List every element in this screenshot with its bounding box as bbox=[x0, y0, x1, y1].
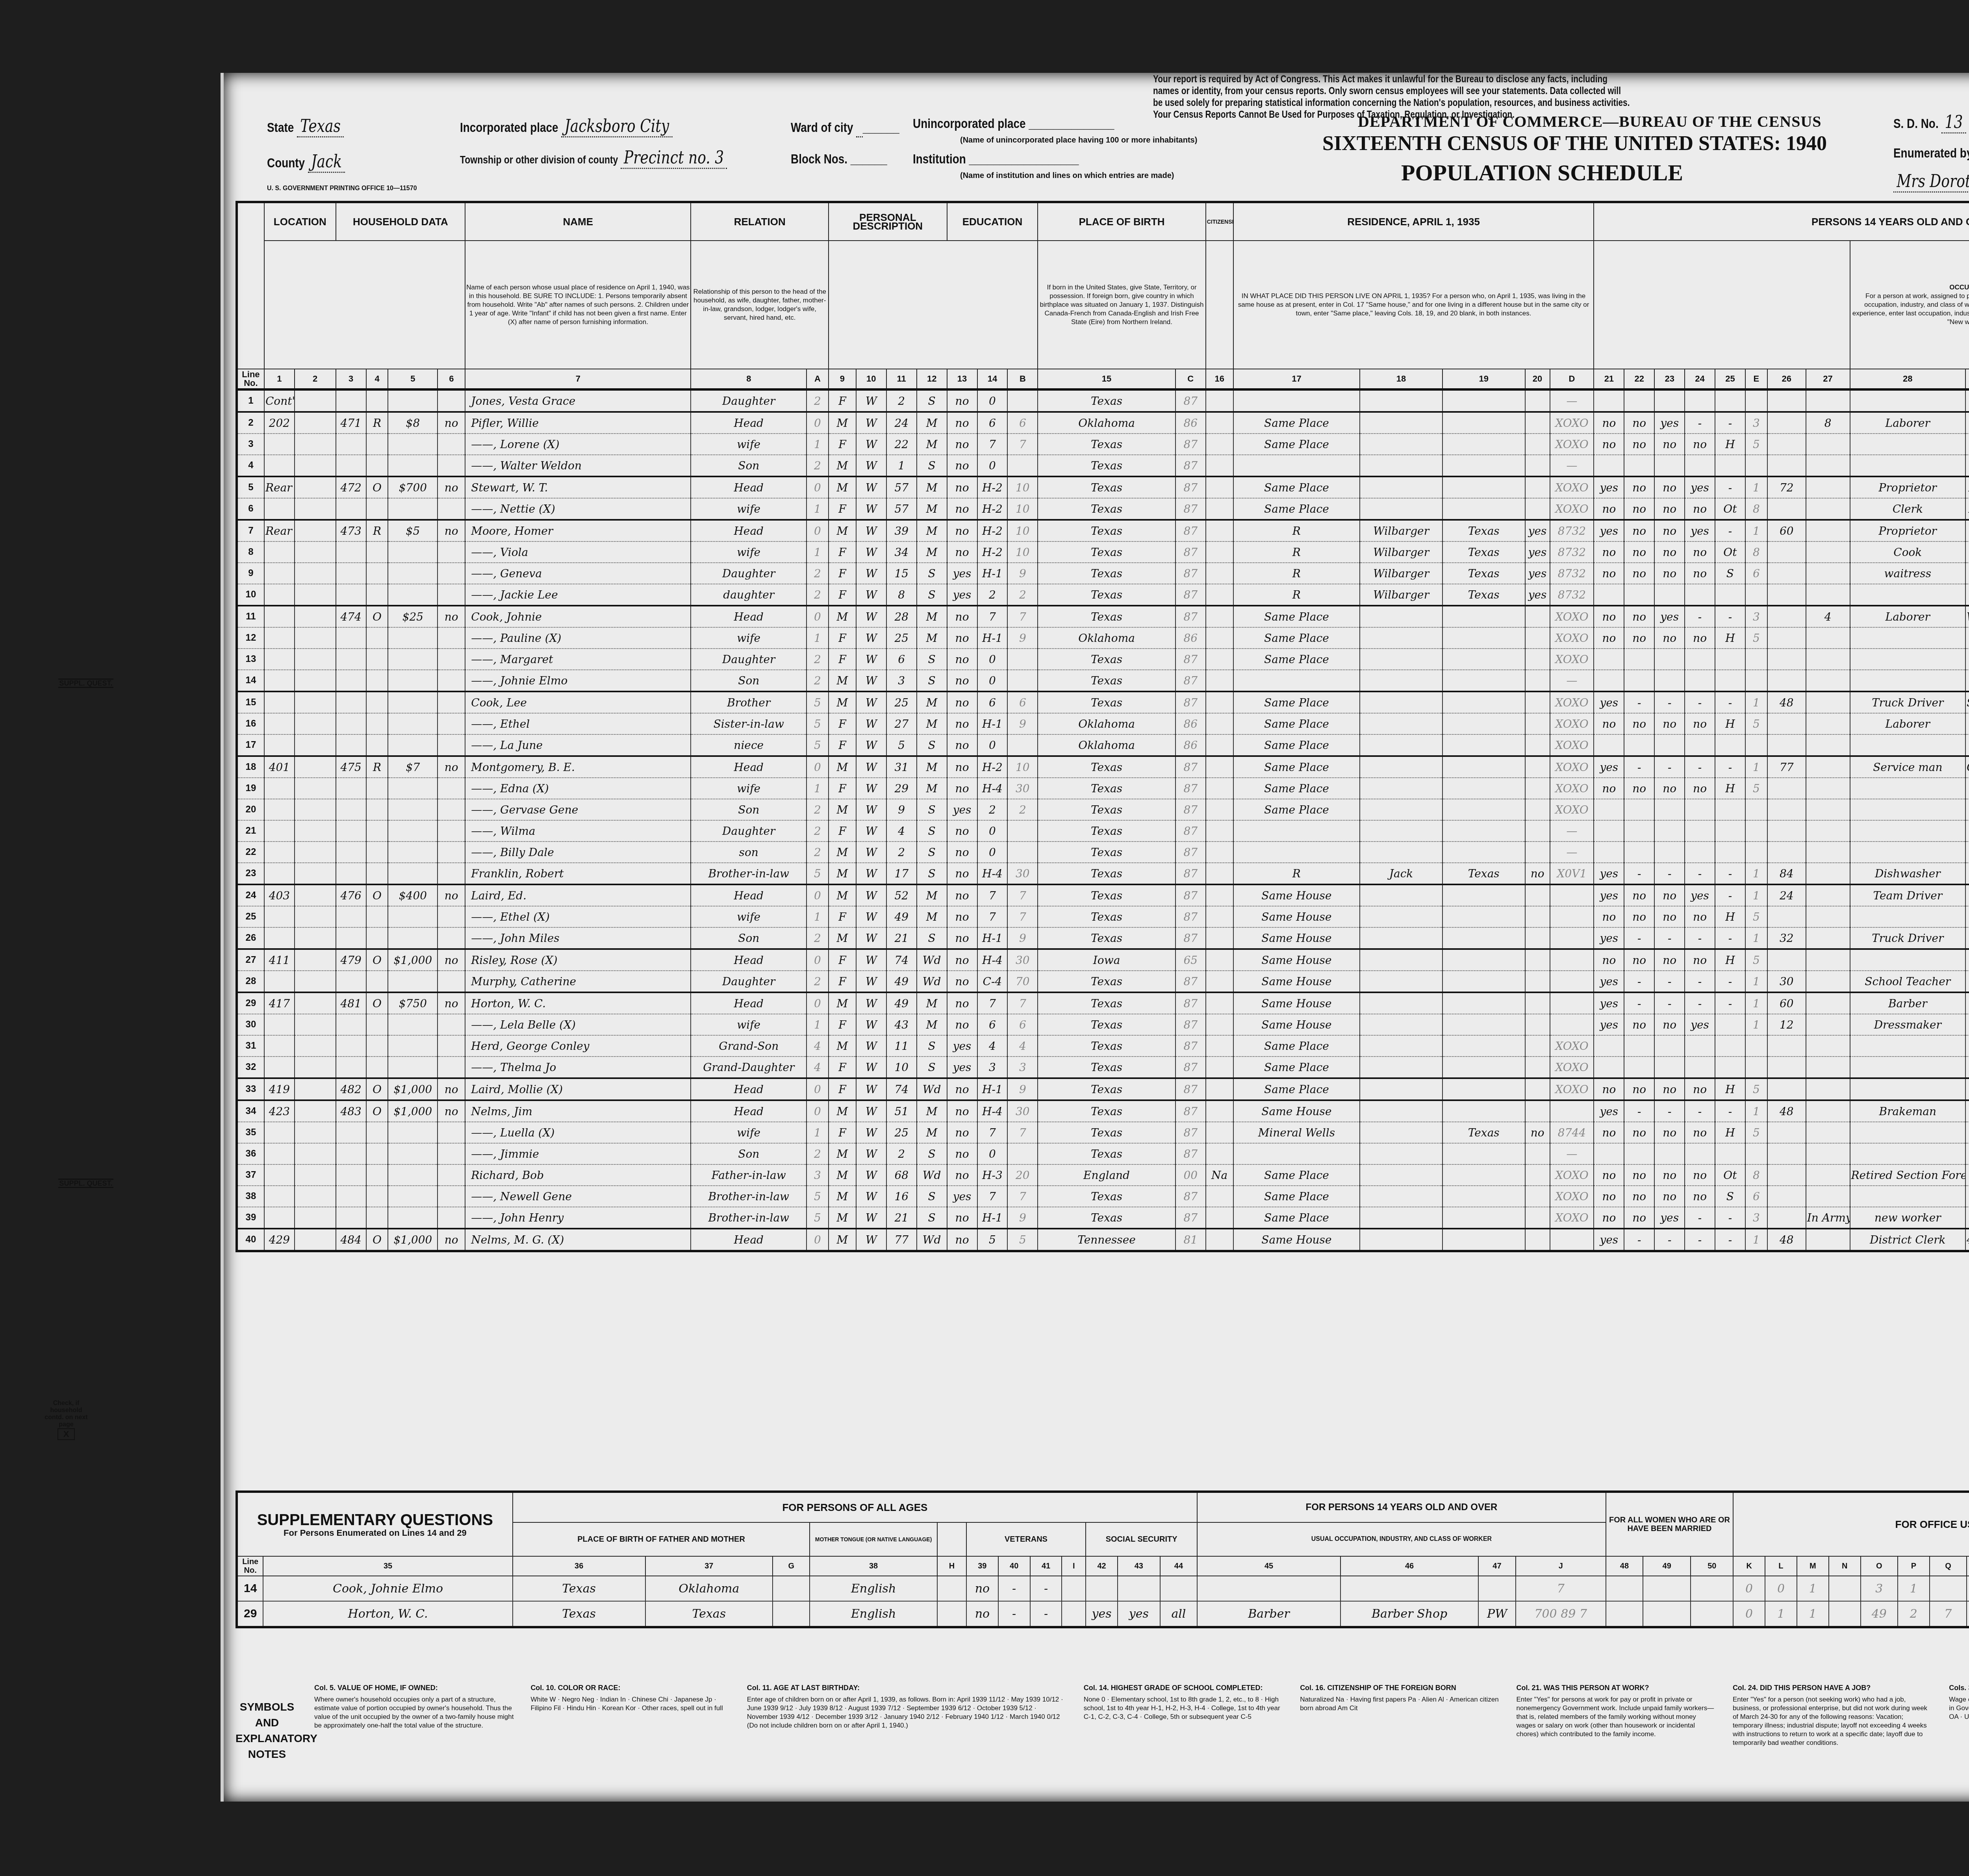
cell-res-state: Texas bbox=[1442, 520, 1525, 541]
cell-sex: M bbox=[829, 1143, 856, 1164]
cell-code-e bbox=[1745, 842, 1767, 863]
cell-sex: M bbox=[829, 884, 856, 906]
supp-cell-m: 1 bbox=[1797, 1576, 1829, 1601]
cell-w21: yes bbox=[1594, 520, 1624, 541]
cell-grade: 0 bbox=[977, 649, 1008, 670]
cell-w22: no bbox=[1624, 906, 1654, 927]
cell-code-d bbox=[1550, 884, 1594, 906]
cell-w22 bbox=[1624, 389, 1654, 412]
cell-age: 25 bbox=[886, 627, 917, 649]
cell-w24: no bbox=[1685, 627, 1715, 649]
cell-name: Herd, George Conley bbox=[465, 1035, 691, 1057]
supp-cell-n bbox=[1829, 1601, 1861, 1627]
supp-cell-q: 7 bbox=[1930, 1601, 1967, 1627]
cell-w24: no bbox=[1685, 498, 1715, 520]
cell-code-e: 6 bbox=[1745, 1186, 1767, 1207]
cell-tenure bbox=[366, 1143, 388, 1164]
cell-res-city: Same Place bbox=[1233, 1164, 1360, 1186]
cell-w25: - bbox=[1715, 1100, 1745, 1122]
table-row: 9——, GenevaDaughter2FW15SyesH-19Texas87R… bbox=[237, 563, 1969, 584]
cell-code-c: 87 bbox=[1175, 498, 1206, 520]
cell-w23: - bbox=[1654, 1100, 1685, 1122]
cell-w24: no bbox=[1685, 1078, 1715, 1100]
cell-res-farm: yes bbox=[1525, 584, 1550, 606]
cell-hours bbox=[1767, 606, 1806, 627]
cell-unemp bbox=[1806, 1164, 1850, 1186]
cell-marital: S bbox=[917, 455, 947, 476]
supp-cell-name: Horton, W. C. bbox=[263, 1601, 512, 1627]
table-row: 32——, Thelma JoGrand-Daughter4FW10Syes33… bbox=[237, 1057, 1969, 1078]
cell-res-state bbox=[1442, 820, 1525, 842]
cell-w25: S bbox=[1715, 563, 1745, 584]
cell-code-b: 7 bbox=[1007, 884, 1038, 906]
cell-occupation: Truck Driver bbox=[1850, 691, 1966, 713]
cell-value bbox=[388, 734, 438, 756]
cell-code-d: XOXO bbox=[1550, 476, 1594, 498]
cell-street bbox=[264, 820, 295, 842]
cell-code-e: 5 bbox=[1745, 627, 1767, 649]
cell-occupation: Laborer bbox=[1850, 713, 1966, 734]
cell-code-b: 9 bbox=[1007, 1207, 1038, 1229]
cell-school: no bbox=[947, 627, 977, 649]
cell-name: ——, Billy Dale bbox=[465, 842, 691, 863]
cell-hh bbox=[336, 584, 366, 606]
cell-industry: Cafe bbox=[1965, 863, 1969, 884]
cell-tenure bbox=[366, 799, 388, 820]
cell-industry bbox=[1965, 1057, 1969, 1078]
cell-w24: no bbox=[1685, 541, 1715, 563]
cell-tenure bbox=[366, 1207, 388, 1229]
cell-hours bbox=[1767, 949, 1806, 971]
cell-unemp bbox=[1806, 498, 1850, 520]
cell-industry: W.P.A. Construction work bbox=[1965, 606, 1969, 627]
cell-unemp bbox=[1806, 691, 1850, 713]
cell-sex: M bbox=[829, 1164, 856, 1186]
cell-line: 11 bbox=[237, 606, 264, 627]
cell-hours bbox=[1767, 1164, 1806, 1186]
cell-farm bbox=[438, 563, 465, 584]
cell-race: W bbox=[856, 520, 886, 541]
cell-industry: Cafe bbox=[1965, 563, 1969, 584]
cell-w24 bbox=[1685, 1143, 1715, 1164]
cell-occupation: Team Driver bbox=[1850, 884, 1966, 906]
cell-res-county bbox=[1360, 1035, 1442, 1057]
cell-code-e: 1 bbox=[1745, 1014, 1767, 1035]
cell-hh bbox=[336, 734, 366, 756]
cell-birthplace: Texas bbox=[1038, 1186, 1175, 1207]
cell-school: no bbox=[947, 992, 977, 1014]
cell-tenure: O bbox=[366, 1100, 388, 1122]
cell-code-d: XOXO bbox=[1550, 778, 1594, 799]
cell-w24: - bbox=[1685, 606, 1715, 627]
cell-line: 28 bbox=[237, 971, 264, 992]
cell-res-county bbox=[1360, 1100, 1442, 1122]
cell-industry bbox=[1965, 1035, 1969, 1057]
cell-hours bbox=[1767, 670, 1806, 691]
cell-code-b bbox=[1007, 734, 1038, 756]
name-instructions: Name of each person whose usual place of… bbox=[465, 241, 691, 369]
cell-tenure bbox=[366, 820, 388, 842]
cell-grade: H-3 bbox=[977, 1164, 1008, 1186]
cell-race: W bbox=[856, 734, 886, 756]
cell-school: no bbox=[947, 1078, 977, 1100]
cell-code-e: 5 bbox=[1745, 778, 1767, 799]
cell-code-a: 0 bbox=[807, 992, 829, 1014]
cell-hours bbox=[1767, 1078, 1806, 1100]
cell-code-a: 1 bbox=[807, 434, 829, 455]
cell-res-farm bbox=[1525, 1035, 1550, 1057]
supp-column-number: 49 bbox=[1643, 1556, 1691, 1576]
cell-value bbox=[388, 1207, 438, 1229]
cell-w24 bbox=[1685, 1035, 1715, 1057]
supp-cell-c42: yes bbox=[1086, 1601, 1118, 1627]
cell-res-state bbox=[1442, 389, 1525, 412]
cell-res-city: Mineral Wells bbox=[1233, 1122, 1360, 1143]
cell-street bbox=[264, 799, 295, 820]
cell-grade: 5 bbox=[977, 1229, 1008, 1251]
cell-res-county bbox=[1360, 412, 1442, 434]
supp-cell-r bbox=[1967, 1576, 1969, 1601]
cell-unemp bbox=[1806, 778, 1850, 799]
column-numbers-row: Line No.12345678A91011121314B15C16171819… bbox=[237, 369, 1969, 389]
cell-res-state bbox=[1442, 1100, 1525, 1122]
cell-marital: M bbox=[917, 1014, 947, 1035]
cell-farm bbox=[438, 649, 465, 670]
cell-w24: - bbox=[1685, 412, 1715, 434]
cell-birthplace: Texas bbox=[1038, 541, 1175, 563]
cell-unemp bbox=[1806, 1014, 1850, 1035]
cell-street bbox=[264, 1057, 295, 1078]
cell-code-c: 87 bbox=[1175, 520, 1206, 541]
cell-race: W bbox=[856, 1122, 886, 1143]
cell-unemp bbox=[1806, 563, 1850, 584]
cell-citizen bbox=[1206, 1186, 1233, 1207]
cell-birthplace: Texas bbox=[1038, 1122, 1175, 1143]
cell-marital: S bbox=[917, 734, 947, 756]
supp-cell-k: 0 bbox=[1733, 1601, 1765, 1627]
cell-code-d: XOXO bbox=[1550, 756, 1594, 778]
enumerated-date-field: Enumerated by me on april 23, 1940. bbox=[1893, 142, 1969, 162]
cell-street bbox=[264, 627, 295, 649]
cell-res-city bbox=[1233, 1143, 1360, 1164]
supp-cell-p: 1 bbox=[1898, 1576, 1930, 1601]
cell-grade: 7 bbox=[977, 992, 1008, 1014]
cell-tenure: R bbox=[366, 520, 388, 541]
cell-code-a: 2 bbox=[807, 927, 829, 949]
cell-grade: 2 bbox=[977, 584, 1008, 606]
cell-birthplace: Oklahoma bbox=[1038, 734, 1175, 756]
cell-code-d: — bbox=[1550, 670, 1594, 691]
column-number: 5 bbox=[388, 369, 438, 389]
cell-occupation: Clerk bbox=[1850, 498, 1966, 520]
cell-farm: no bbox=[438, 1100, 465, 1122]
cell-w21 bbox=[1594, 670, 1624, 691]
cell-occupation: School Teacher bbox=[1850, 971, 1966, 992]
cell-sex: F bbox=[829, 734, 856, 756]
cell-hours bbox=[1767, 1143, 1806, 1164]
cell-grade: 0 bbox=[977, 670, 1008, 691]
cell-birthplace: Texas bbox=[1038, 927, 1175, 949]
cell-w21: yes bbox=[1594, 691, 1624, 713]
cell-unemp bbox=[1806, 434, 1850, 455]
column-number: 13 bbox=[947, 369, 977, 389]
table-row: 8——, Violawife1FW34MnoH-210Texas87RWilba… bbox=[237, 541, 1969, 563]
cell-unemp bbox=[1806, 1035, 1850, 1057]
cell-birthplace: Texas bbox=[1038, 906, 1175, 927]
cell-line: 17 bbox=[237, 734, 264, 756]
cell-unemp bbox=[1806, 476, 1850, 498]
cell-grade: H-2 bbox=[977, 541, 1008, 563]
cell-relation: Son bbox=[691, 670, 807, 691]
cell-occupation bbox=[1850, 627, 1966, 649]
cell-w24 bbox=[1685, 455, 1715, 476]
cell-citizen bbox=[1206, 434, 1233, 455]
cell-house bbox=[295, 1100, 336, 1122]
cell-code-d bbox=[1550, 992, 1594, 1014]
cell-house bbox=[295, 455, 336, 476]
cell-w21: yes bbox=[1594, 992, 1624, 1014]
cell-code-d bbox=[1550, 971, 1594, 992]
cell-farm: no bbox=[438, 520, 465, 541]
cell-res-farm bbox=[1525, 670, 1550, 691]
column-number: 14 bbox=[977, 369, 1008, 389]
cell-w25: H bbox=[1715, 778, 1745, 799]
cell-w24: no bbox=[1685, 713, 1715, 734]
cell-industry bbox=[1965, 906, 1969, 927]
cell-age: 57 bbox=[886, 476, 917, 498]
cell-sex: M bbox=[829, 863, 856, 884]
cell-w21: no bbox=[1594, 906, 1624, 927]
supp-column-number: R bbox=[1967, 1556, 1969, 1576]
cell-street bbox=[264, 498, 295, 520]
cell-hh: 472 bbox=[336, 476, 366, 498]
cell-w21 bbox=[1594, 584, 1624, 606]
cell-line: 5 bbox=[237, 476, 264, 498]
cell-farm bbox=[438, 734, 465, 756]
cell-farm: no bbox=[438, 606, 465, 627]
cell-citizen bbox=[1206, 778, 1233, 799]
cell-res-farm bbox=[1525, 389, 1550, 412]
cell-name: ——, Edna (X) bbox=[465, 778, 691, 799]
cell-grade: H-2 bbox=[977, 498, 1008, 520]
cell-tenure bbox=[366, 670, 388, 691]
cell-w23 bbox=[1654, 455, 1685, 476]
cell-w23: no bbox=[1654, 1186, 1685, 1207]
cell-race: W bbox=[856, 799, 886, 820]
cell-value bbox=[388, 563, 438, 584]
cell-occupation: Dishwasher bbox=[1850, 863, 1966, 884]
cell-code-e: 1 bbox=[1745, 971, 1767, 992]
continued-checkbox[interactable]: X bbox=[57, 1428, 75, 1440]
cell-sex: M bbox=[829, 691, 856, 713]
cell-value bbox=[388, 799, 438, 820]
table-row: 30——, Lela Belle (X)wife1FW43Mno66Texas8… bbox=[237, 1014, 1969, 1035]
cell-farm bbox=[438, 1207, 465, 1229]
cell-code-a: 0 bbox=[807, 1078, 829, 1100]
cell-w25: H bbox=[1715, 949, 1745, 971]
column-number: 20 bbox=[1525, 369, 1550, 389]
cell-industry bbox=[1965, 734, 1969, 756]
cell-code-d bbox=[1550, 949, 1594, 971]
cell-res-state bbox=[1442, 1164, 1525, 1186]
cell-race: W bbox=[856, 584, 886, 606]
cell-code-d bbox=[1550, 906, 1594, 927]
relation-instructions: Relationship of this person to the head … bbox=[691, 241, 829, 369]
cell-industry bbox=[1965, 1143, 1969, 1164]
cell-res-county bbox=[1360, 992, 1442, 1014]
cell-age: 17 bbox=[886, 863, 917, 884]
cell-marital: M bbox=[917, 691, 947, 713]
cell-w21 bbox=[1594, 649, 1624, 670]
cell-code-a: 1 bbox=[807, 906, 829, 927]
cell-sex: F bbox=[829, 498, 856, 520]
cell-w22: no bbox=[1624, 520, 1654, 541]
notes-title: SYMBOLS AND EXPLANATORY NOTES bbox=[235, 1683, 299, 1786]
cell-age: 31 bbox=[886, 756, 917, 778]
cell-marital: S bbox=[917, 863, 947, 884]
cell-relation: Brother-in-law bbox=[691, 1186, 807, 1207]
cell-street: 429 bbox=[264, 1229, 295, 1251]
cell-school: no bbox=[947, 906, 977, 927]
supp-cell-name: Cook, Johnie Elmo bbox=[263, 1576, 512, 1601]
cell-code-b: 9 bbox=[1007, 713, 1038, 734]
cell-res-farm bbox=[1525, 949, 1550, 971]
cell-code-e: 5 bbox=[1745, 434, 1767, 455]
census-title: SIXTEENTH CENSUS OF THE UNITED STATES: 1… bbox=[1322, 132, 1827, 155]
cell-code-d: XOXO bbox=[1550, 627, 1594, 649]
cell-w21: yes bbox=[1594, 476, 1624, 498]
cell-sex: F bbox=[829, 584, 856, 606]
cell-citizen bbox=[1206, 906, 1233, 927]
cell-relation: Head bbox=[691, 1229, 807, 1251]
cell-w24 bbox=[1685, 820, 1715, 842]
cell-house bbox=[295, 778, 336, 799]
cell-code-b: 10 bbox=[1007, 476, 1038, 498]
supp-column-number: 47 bbox=[1478, 1556, 1515, 1576]
cell-industry: 43rd Judicial District of Texas bbox=[1965, 1229, 1969, 1251]
cell-name: ——, Lorene (X) bbox=[465, 434, 691, 455]
cell-res-city bbox=[1233, 389, 1360, 412]
cell-code-b bbox=[1007, 455, 1038, 476]
cell-school: no bbox=[947, 670, 977, 691]
cell-code-d: XOXO bbox=[1550, 1164, 1594, 1186]
cell-race: W bbox=[856, 389, 886, 412]
cell-industry bbox=[1965, 799, 1969, 820]
cell-res-city bbox=[1233, 820, 1360, 842]
cell-farm bbox=[438, 498, 465, 520]
cell-citizen bbox=[1206, 949, 1233, 971]
cell-marital: S bbox=[917, 389, 947, 412]
supp-column-number: H bbox=[937, 1556, 966, 1576]
cell-value: $1,000 bbox=[388, 1100, 438, 1122]
note-col10: Col. 10. COLOR OR RACE:White W · Negro N… bbox=[530, 1683, 731, 1786]
supp-cell-father: Texas bbox=[513, 1576, 645, 1601]
supp-cell-c41: - bbox=[1030, 1576, 1062, 1601]
cell-w22: no bbox=[1624, 1207, 1654, 1229]
cell-w24: yes bbox=[1685, 1014, 1715, 1035]
cell-w25: H bbox=[1715, 906, 1745, 927]
column-number: 24 bbox=[1685, 369, 1715, 389]
cell-code-c: 87 bbox=[1175, 1078, 1206, 1100]
note-col21: Col. 21. WAS THIS PERSON AT WORK?Enter "… bbox=[1517, 1683, 1717, 1786]
cell-street bbox=[264, 606, 295, 627]
cell-w23: no bbox=[1654, 434, 1685, 455]
cell-res-farm: no bbox=[1525, 1122, 1550, 1143]
cell-tenure bbox=[366, 1122, 388, 1143]
cell-age: 8 bbox=[886, 584, 917, 606]
cell-code-b: 7 bbox=[1007, 434, 1038, 455]
cell-age: 2 bbox=[886, 389, 917, 412]
cell-house bbox=[295, 1035, 336, 1057]
cell-marital: M bbox=[917, 756, 947, 778]
cell-res-farm bbox=[1525, 606, 1550, 627]
cell-w21: no bbox=[1594, 778, 1624, 799]
cell-code-c: 86 bbox=[1175, 734, 1206, 756]
cell-tenure: O bbox=[366, 992, 388, 1014]
supp-cell-mother: Oklahoma bbox=[645, 1576, 773, 1601]
cell-w21: yes bbox=[1594, 971, 1624, 992]
cell-street: 403 bbox=[264, 884, 295, 906]
cell-unemp bbox=[1806, 734, 1850, 756]
cell-hh: 476 bbox=[336, 884, 366, 906]
cell-street: 411 bbox=[264, 949, 295, 971]
cell-res-state: Texas bbox=[1442, 863, 1525, 884]
cell-name: ——, Viola bbox=[465, 541, 691, 563]
cell-hh bbox=[336, 778, 366, 799]
cell-res-county bbox=[1360, 949, 1442, 971]
cell-hh bbox=[336, 1207, 366, 1229]
cell-w22: - bbox=[1624, 863, 1654, 884]
cell-unemp bbox=[1806, 1229, 1850, 1251]
cell-w24 bbox=[1685, 1057, 1715, 1078]
cell-relation: Son bbox=[691, 1143, 807, 1164]
cell-occupation: waitress bbox=[1850, 563, 1966, 584]
column-number: E bbox=[1745, 369, 1767, 389]
cell-age: 15 bbox=[886, 563, 917, 584]
cell-code-c: 87 bbox=[1175, 1186, 1206, 1207]
cell-birthplace: Texas bbox=[1038, 863, 1175, 884]
cell-hh: 471 bbox=[336, 412, 366, 434]
cell-value bbox=[388, 971, 438, 992]
table-row: 1Cont'dJones, Vesta GraceDaughter2FW2Sno… bbox=[237, 389, 1969, 412]
cell-w25: - bbox=[1715, 476, 1745, 498]
cell-industry bbox=[1965, 627, 1969, 649]
cell-school: yes bbox=[947, 1186, 977, 1207]
cell-res-state bbox=[1442, 606, 1525, 627]
cell-res-city: Same Place bbox=[1233, 1207, 1360, 1229]
supp-column-number: N bbox=[1829, 1556, 1861, 1576]
cell-code-e bbox=[1745, 670, 1767, 691]
cell-tenure bbox=[366, 1035, 388, 1057]
supp-column-number: 41 bbox=[1030, 1556, 1062, 1576]
cell-line: 40 bbox=[237, 1229, 264, 1251]
column-number: 8 bbox=[691, 369, 807, 389]
cell-house bbox=[295, 691, 336, 713]
cell-value bbox=[388, 863, 438, 884]
supp-cell-c48 bbox=[1606, 1601, 1643, 1627]
cell-sex: F bbox=[829, 434, 856, 455]
cell-res-farm bbox=[1525, 971, 1550, 992]
cell-sex: M bbox=[829, 1207, 856, 1229]
cell-occupation: Brakeman bbox=[1850, 1100, 1966, 1122]
cell-farm: no bbox=[438, 1078, 465, 1100]
cell-grade: 7 bbox=[977, 606, 1008, 627]
table-row: 39——, John HenryBrother-in-law5MW21SnoH-… bbox=[237, 1207, 1969, 1229]
cell-marital: M bbox=[917, 1122, 947, 1143]
cell-school: yes bbox=[947, 584, 977, 606]
cell-school: no bbox=[947, 389, 977, 412]
cell-line: 20 bbox=[237, 799, 264, 820]
